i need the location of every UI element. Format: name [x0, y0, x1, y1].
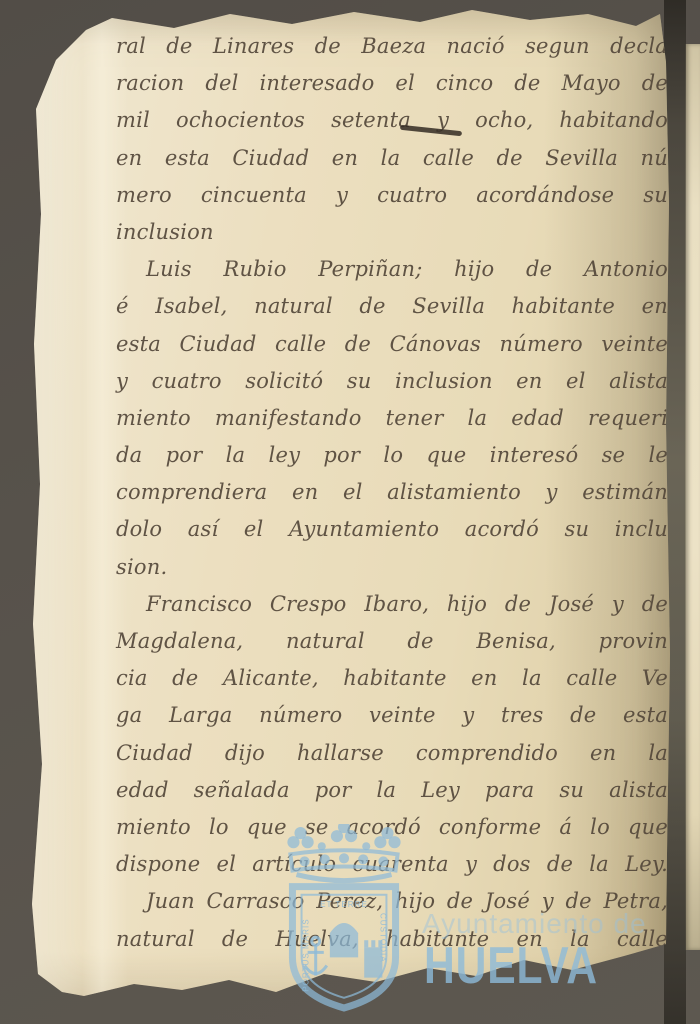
manuscript-line: dispone el artículo cuarenta y dos de la… — [116, 846, 668, 883]
manuscript-line: dolo así el Ayuntamiento acordó su inclu — [116, 511, 668, 548]
manuscript-line: cia de Alicante, habitante en la calle V… — [116, 660, 668, 697]
scanned-document: ral de Linares de Baeza nació segun decl… — [0, 0, 700, 1024]
manuscript-line: inclusion — [116, 214, 668, 251]
manuscript-line: en esta Ciudad en la calle de Sevilla nú — [116, 140, 668, 177]
manuscript-line: y cuatro solicitó su inclusion en el ali… — [116, 363, 668, 400]
manuscript-line: sion. — [116, 549, 668, 586]
manuscript-line: Ciudad dijo hallarse comprendido en la — [116, 735, 668, 772]
manuscript-line: Francisco Crespo Ibaro, hijo de José y d… — [116, 586, 668, 623]
manuscript-line: Juan Carrasco Perez, hijo de José y de P… — [116, 883, 668, 920]
manuscript-line: miento lo que se acordó conforme á lo qu… — [116, 809, 668, 846]
manuscript-line: mil ochocientos setenta y ocho, habitand… — [116, 102, 668, 139]
manuscript-line: comprendiera en el alistamiento y estimá… — [116, 474, 668, 511]
manuscript-line: miento manifestando tener la edad requer… — [116, 400, 668, 437]
manuscript-line: racion del interesado el cinco de Mayo d… — [116, 65, 668, 102]
manuscript-line: da por la ley por lo que interesó se le — [116, 437, 668, 474]
manuscript-line: ga Larga número veinte y tres de esta — [116, 697, 668, 734]
manuscript-line: mero cincuenta y cuatro acordándose su — [116, 177, 668, 214]
manuscript-page: ral de Linares de Baeza nació segun decl… — [24, 4, 674, 1012]
manuscript-line: Luis Rubio Perpiñan; hijo de Antonio — [116, 251, 668, 288]
manuscript-line: natural de Huelva, habitante en la calle — [116, 921, 668, 958]
manuscript-line: ral de Linares de Baeza nació segun decl… — [116, 28, 668, 65]
manuscript-line: Magdalena, natural de Benisa, provin — [116, 623, 668, 660]
manuscript-line: edad señalada por la Ley para su alista — [116, 772, 668, 809]
manuscript-text: ral de Linares de Baeza nació segun decl… — [116, 28, 668, 958]
manuscript-line: é Isabel, natural de Sevilla habitante e… — [116, 288, 668, 325]
underlying-page-edge — [685, 44, 700, 950]
manuscript-line: esta Ciudad calle de Cánovas número vein… — [116, 326, 668, 363]
